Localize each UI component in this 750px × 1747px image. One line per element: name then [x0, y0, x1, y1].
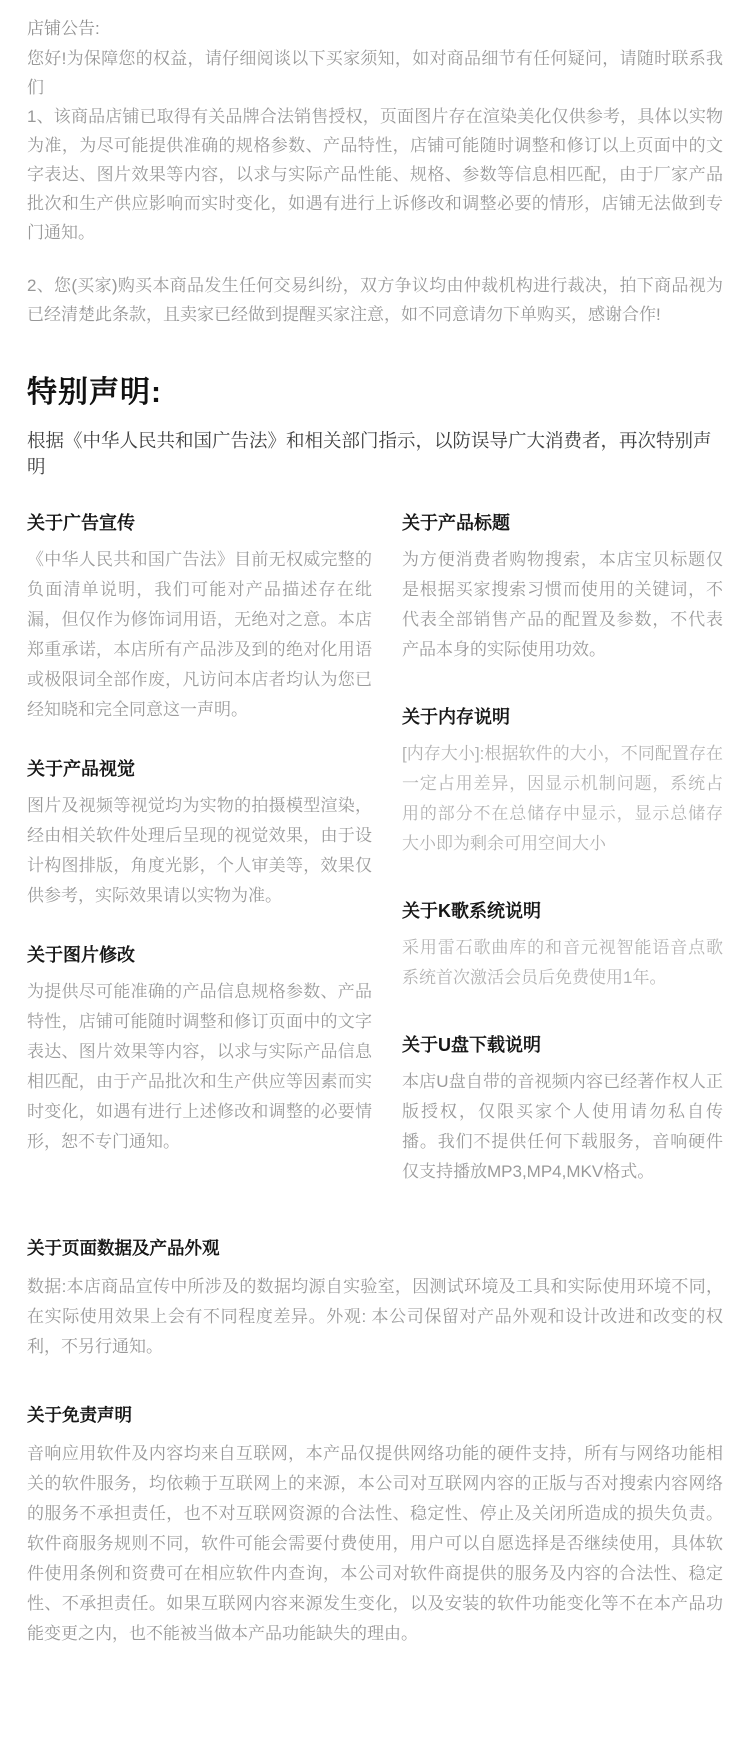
notice-column-right: 关于产品标题 为方便消费者购物搜索，本店宝贝标题仅是根据买家搜索习惯而使用的关键… — [402, 509, 723, 1225]
notice-column-left: 关于广告宣传 《中华人民共和国广告法》目前无权威完整的负面清单说明，我们可能对产… — [27, 509, 372, 1225]
announcement-greeting: 您好!为保障您的权益，请仔细阅谈以下买家须知，如对商品细节有任何疑问，请随时联系… — [27, 44, 723, 102]
bottom-sections: 关于页面数据及产品外观 数据:本店商品宣传中所涉及的数据均源自实验室，因测试环境… — [27, 1235, 723, 1649]
product-notice-page: 店铺公告: 您好!为保障您的权益，请仔细阅谈以下买家须知，如对商品细节有任何疑问… — [0, 0, 750, 1747]
section-product-title: 关于产品标题 为方便消费者购物搜索，本店宝贝标题仅是根据买家搜索习惯而使用的关键… — [402, 509, 723, 665]
section-image-modification: 关于图片修改 为提供尽可能准确的产品信息规格参数、产品特性，店铺可能随时调整和修… — [27, 941, 372, 1157]
section-karaoke-system-heading: 关于K歌系统说明 — [402, 897, 723, 923]
section-product-visual-body: 图片及视频等视觉均为实物的拍摄模型渲染，经由相关软件处理后呈现的视觉效果，由于设… — [27, 791, 372, 911]
section-product-title-body: 为方便消费者购物搜索，本店宝贝标题仅是根据买家搜索习惯而使用的关键词，不代表全部… — [402, 545, 723, 665]
special-statement-section: 特别声明: 根据《中华人民共和国广告法》和相关部门指示，以防误导广大消费者，再次… — [27, 367, 723, 479]
section-ad-promotion-body: 《中华人民共和国广告法》目前无权威完整的负面清单说明，我们可能对产品描述存在纰漏… — [27, 545, 372, 725]
section-ad-promotion: 关于广告宣传 《中华人民共和国广告法》目前无权威完整的负面清单说明，我们可能对产… — [27, 509, 372, 725]
notice-columns: 关于广告宣传 《中华人民共和国广告法》目前无权威完整的负面清单说明，我们可能对产… — [27, 509, 723, 1225]
section-memory-note: 关于内存说明 [内存大小]:根据软件的大小，不同配置存在一定占用差异，因显示机制… — [402, 703, 723, 859]
section-memory-note-body: [内存大小]:根据软件的大小，不同配置存在一定占用差异，因显示机制问题，系统占用… — [402, 739, 723, 859]
section-page-data-appearance-heading: 关于页面数据及产品外观 — [27, 1235, 723, 1260]
section-ad-promotion-heading: 关于广告宣传 — [27, 509, 372, 535]
shop-announcement-section: 店铺公告: 您好!为保障您的权益，请仔细阅谈以下买家须知，如对商品细节有任何疑问… — [27, 14, 723, 329]
section-image-modification-body: 为提供尽可能准确的产品信息规格参数、产品特性，店铺可能随时调整和修订页面中的文字… — [27, 977, 372, 1157]
section-product-title-heading: 关于产品标题 — [402, 509, 723, 535]
section-memory-note-heading: 关于内存说明 — [402, 703, 723, 729]
shop-announcement-title: 店铺公告: — [27, 14, 723, 44]
section-disclaimer-heading: 关于免责声明 — [27, 1402, 723, 1427]
section-usb-download-heading: 关于U盘下载说明 — [402, 1031, 723, 1057]
section-usb-download: 关于U盘下载说明 本店U盘自带的音视频内容已经著作权人正版授权，仅限买家个人使用… — [402, 1031, 723, 1187]
section-product-visual: 关于产品视觉 图片及视频等视觉均为实物的拍摄模型渲染，经由相关软件处理后呈现的视… — [27, 755, 372, 911]
section-disclaimer: 关于免责声明 音响应用软件及内容均来自互联网，本产品仅提供网络功能的硬件支持，所… — [27, 1402, 723, 1649]
section-image-modification-heading: 关于图片修改 — [27, 941, 372, 967]
section-karaoke-system-body: 采用雷石歌曲库的和音元视智能语音点歌系统首次激活会员后免费使用1年。 — [402, 933, 723, 993]
special-statement-subtitle: 根据《中华人民共和国广告法》和相关部门指示，以防误导广大消费者，再次特别声明 — [27, 427, 723, 479]
announcement-clause-1: 1、该商品店铺已取得有关品牌合法销售授权，页面图片存在渲染美化仅供参考，具体以实… — [27, 102, 723, 247]
section-page-data-appearance: 关于页面数据及产品外观 数据:本店商品宣传中所涉及的数据均源自实验室，因测试环境… — [27, 1235, 723, 1362]
section-disclaimer-body: 音响应用软件及内容均来自互联网，本产品仅提供网络功能的硬件支持，所有与网络功能相… — [27, 1439, 723, 1649]
section-karaoke-system: 关于K歌系统说明 采用雷石歌曲库的和音元视智能语音点歌系统首次激活会员后免费使用… — [402, 897, 723, 993]
announcement-clause-2: 2、您(买家)购买本商品发生任何交易纠纷，双方争议均由仲裁机构进行裁决，拍下商品… — [27, 271, 723, 329]
special-statement-title: 特别声明: — [27, 367, 723, 411]
section-usb-download-body: 本店U盘自带的音视频内容已经著作权人正版授权，仅限买家个人使用请勿私自传播。我们… — [402, 1067, 723, 1187]
section-product-visual-heading: 关于产品视觉 — [27, 755, 372, 781]
section-page-data-appearance-body: 数据:本店商品宣传中所涉及的数据均源自实验室，因测试环境及工具和实际使用环境不同… — [27, 1272, 723, 1362]
